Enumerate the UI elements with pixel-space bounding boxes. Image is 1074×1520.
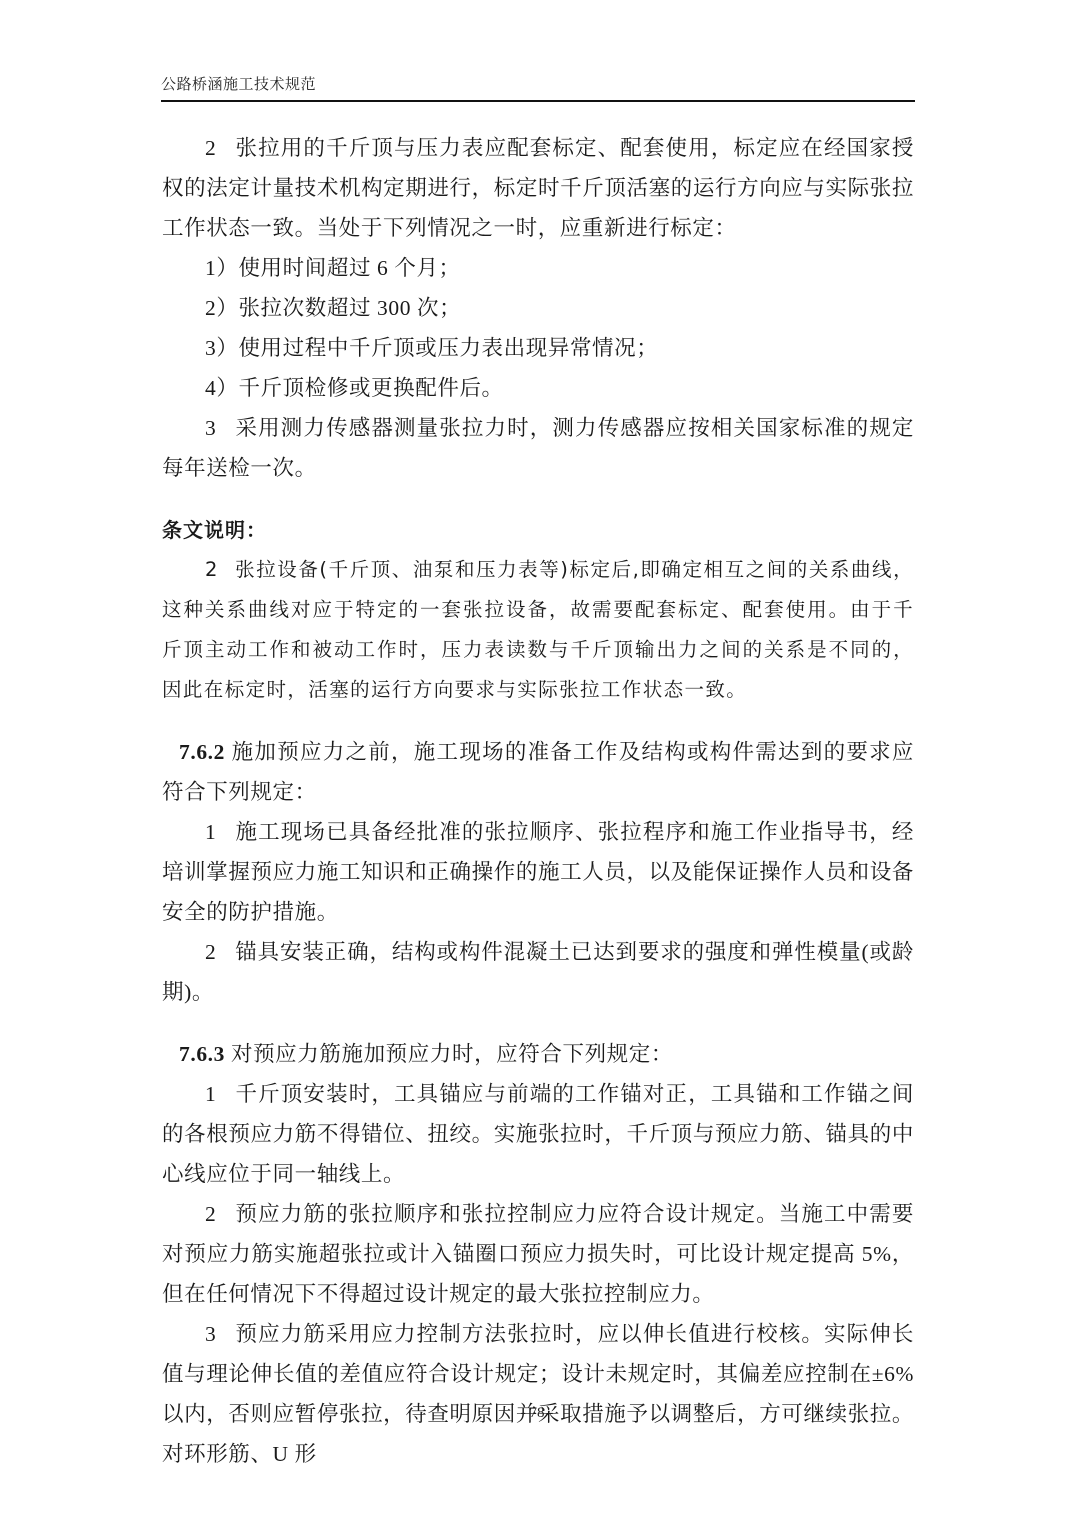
- commentary-paragraph: 2张拉设备(千斤顶、油泵和压力表等)标定后,即确定相互之间的关系曲线，这种关系曲…: [162, 550, 914, 710]
- item-number: 2: [205, 1194, 235, 1234]
- clause-item: 3预应力筋采用应力控制方法张拉时，应以伸长值进行校核。实际伸长值与理论伸长值的差…: [162, 1314, 914, 1474]
- spacer: [162, 710, 914, 732]
- paragraph-text: 预应力筋采用应力控制方法张拉时，应以伸长值进行校核。实际伸长值与理论伸长值的差值…: [162, 1322, 914, 1466]
- paragraph-text: 张拉用的千斤顶与压力表应配套标定、配套使用，标定应在经国家授权的法定计量技术机构…: [162, 136, 914, 240]
- page-body: 2张拉用的千斤顶与压力表应配套标定、配套使用，标定应在经国家授权的法定计量技术机…: [162, 128, 914, 1474]
- item-number: 2: [205, 128, 235, 168]
- list-item: 3）使用过程中千斤顶或压力表出现异常情况；: [162, 328, 914, 368]
- paragraph-item-2: 2张拉用的千斤顶与压力表应配套标定、配套使用，标定应在经国家授权的法定计量技术机…: [162, 128, 914, 248]
- clause-7-6-3: 7.6.3 对预应力筋施加预应力时，应符合下列规定：: [162, 1034, 914, 1074]
- paragraph-text: 张拉设备(千斤顶、油泵和压力表等)标定后,即确定相互之间的关系曲线，这种关系曲线…: [162, 558, 914, 701]
- clause-7-6-2: 7.6.2 施加预应力之前，施工现场的准备工作及结构或构件需达到的要求应符合下列…: [162, 732, 914, 812]
- commentary-heading: 条文说明：: [162, 510, 914, 550]
- clause-text: 对预应力筋施加预应力时，应符合下列规定：: [231, 1042, 673, 1066]
- paragraph-text: 预应力筋的张拉顺序和张拉控制应力应符合设计规定。当施工中需要对预应力筋实施超张拉…: [162, 1202, 914, 1306]
- clause-number: 7.6.3: [179, 1042, 225, 1066]
- spacer: [162, 1012, 914, 1034]
- paragraph-text: 锚具安装正确，结构或构件混凝土已达到要求的强度和弹性模量(或龄期)。: [162, 940, 914, 1004]
- item-number: 1: [205, 1074, 235, 1114]
- paragraph-item-3: 3采用测力传感器测量张拉力时，测力传感器应按相关国家标准的规定每年送检一次。: [162, 408, 914, 488]
- clause-item: 2锚具安装正确，结构或构件混凝土已达到要求的强度和弹性模量(或龄期)。: [162, 932, 914, 1012]
- clause-number: 7.6.2: [179, 740, 225, 764]
- item-number: 2: [205, 550, 235, 590]
- item-number: 3: [205, 408, 235, 448]
- clause-item: 2预应力筋的张拉顺序和张拉控制应力应符合设计规定。当施工中需要对预应力筋实施超张…: [162, 1194, 914, 1314]
- clause-item: 1千斤顶安装时，工具锚应与前端的工作锚对正，工具锚和工作锚之间的各根预应力筋不得…: [162, 1074, 914, 1194]
- paragraph-text: 千斤顶安装时，工具锚应与前端的工作锚对正，工具锚和工作锚之间的各根预应力筋不得错…: [162, 1082, 914, 1186]
- list-item: 1）使用时间超过 6 个月；: [162, 248, 914, 288]
- document-title: 公路桥涵施工技术规范: [161, 74, 915, 96]
- item-number: 2: [205, 932, 235, 972]
- item-number: 1: [205, 812, 235, 852]
- clause-text: 施加预应力之前，施工现场的准备工作及结构或构件需达到的要求应符合下列规定：: [162, 740, 914, 804]
- paragraph-text: 施工现场已具备经批准的张拉顺序、张拉程序和施工作业指导书，经培训掌握预应力施工知…: [162, 820, 914, 924]
- page-number: - 78 -: [0, 1405, 1074, 1422]
- paragraph-text: 采用测力传感器测量张拉力时，测力传感器应按相关国家标准的规定每年送检一次。: [162, 416, 914, 480]
- clause-item: 1施工现场已具备经批准的张拉顺序、张拉程序和施工作业指导书，经培训掌握预应力施工…: [162, 812, 914, 932]
- spacer: [162, 488, 914, 510]
- running-header: 公路桥涵施工技术规范: [161, 74, 915, 102]
- item-number: 3: [205, 1314, 235, 1354]
- list-item: 4）千斤顶检修或更换配件后。: [162, 368, 914, 408]
- list-item: 2）张拉次数超过 300 次；: [162, 288, 914, 328]
